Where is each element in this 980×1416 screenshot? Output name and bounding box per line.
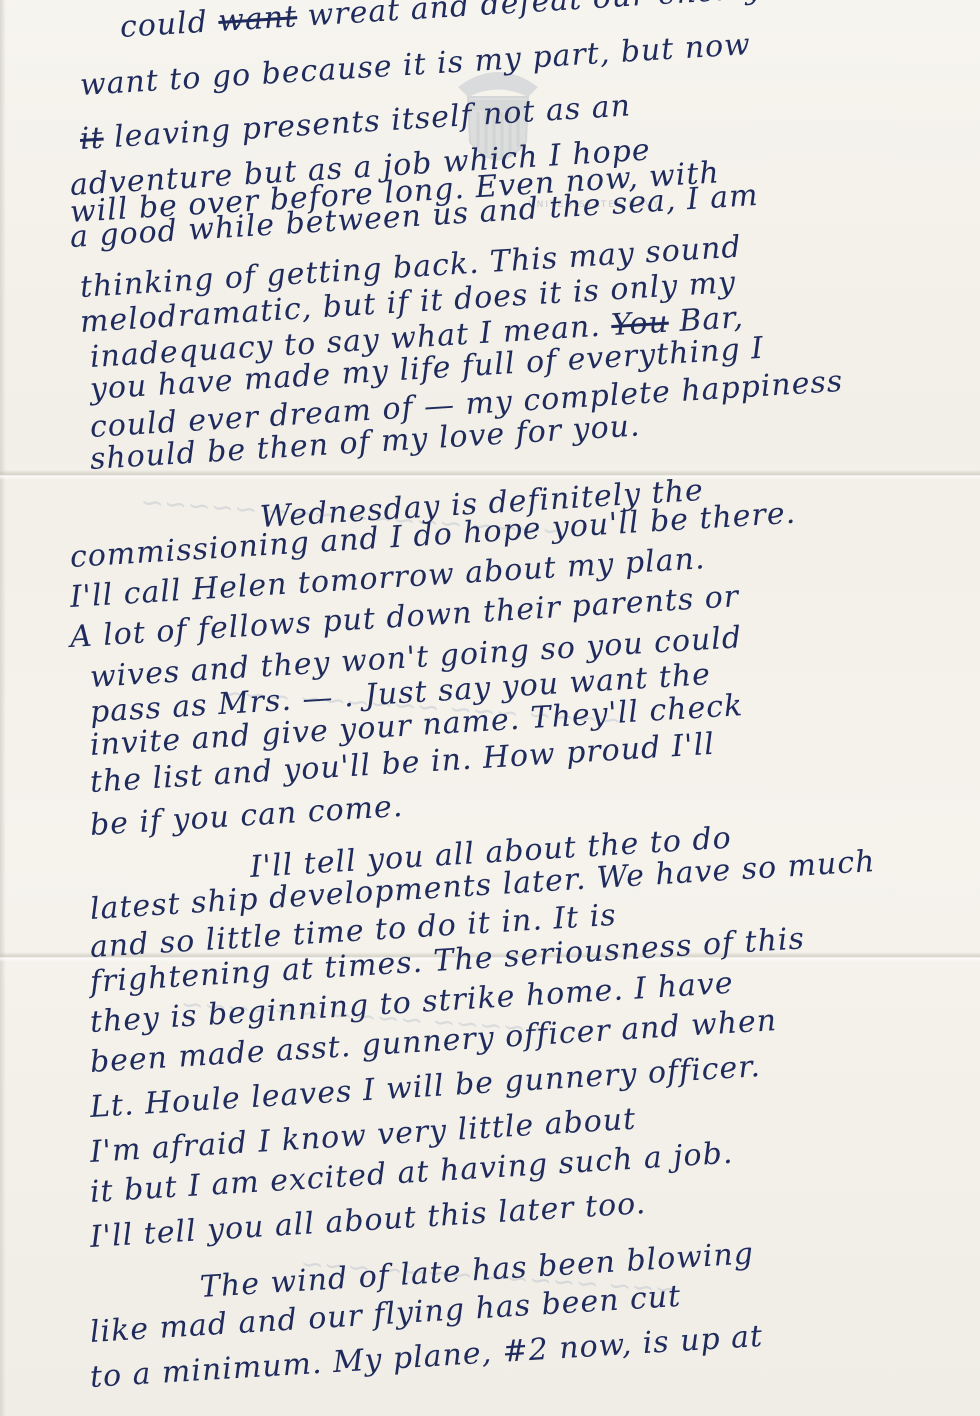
paper-edge	[0, 0, 6, 1416]
letter-page: UNITED STATES NAVY ~~~~ ~~~~~ ~~~ ~~~~~ …	[0, 0, 980, 1416]
